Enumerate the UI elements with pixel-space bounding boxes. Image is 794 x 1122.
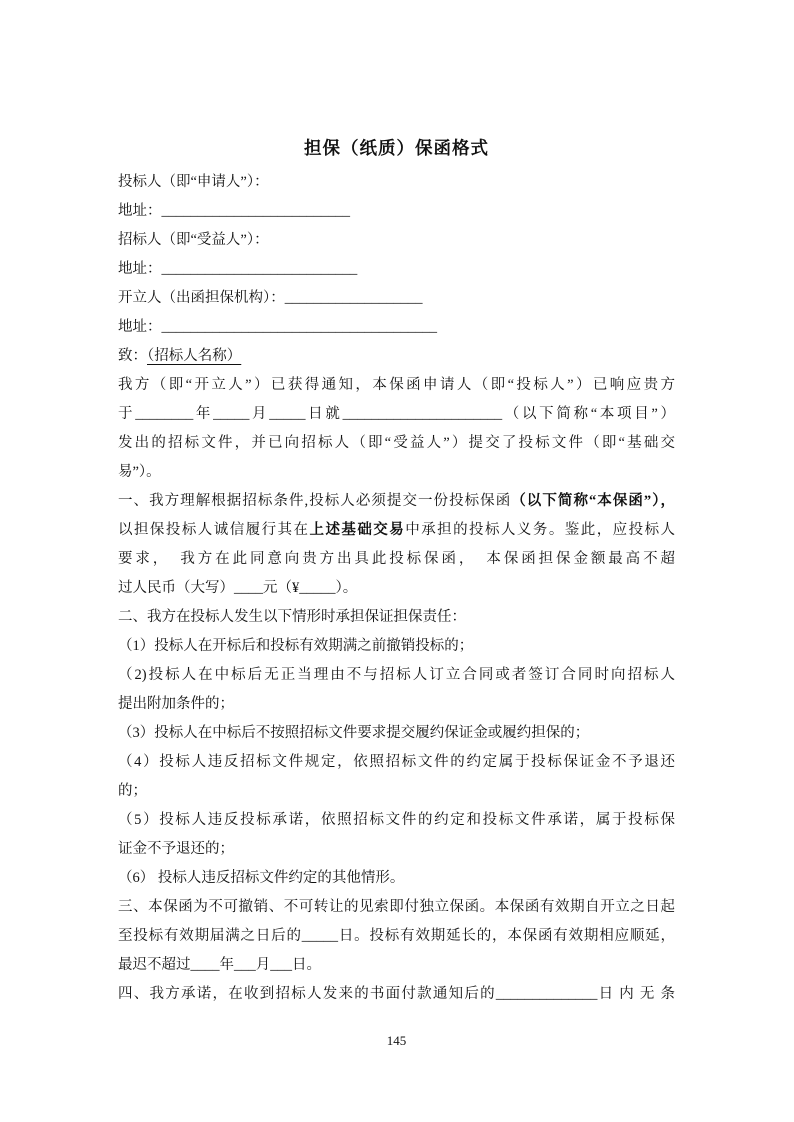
text-segment: 元（¥ bbox=[263, 580, 299, 596]
document-line: 易”）。 bbox=[118, 458, 675, 487]
text-segment: 过人民币（大写） bbox=[118, 580, 234, 596]
text-segment: ）。 bbox=[336, 580, 358, 596]
text-segment: 一、我方理解根据招标条件,投标人必须提交一份投标保函 bbox=[118, 493, 511, 509]
document-line: （6） 投标人违反招标文件约定的其他情形。 bbox=[118, 864, 675, 893]
document-line: 至投标有效期届满之日后的_____日。投标有效期延长的，本保函有效期相应顺延， bbox=[118, 922, 675, 951]
document-line: 发出的招标文件，并已向招标人（即“受益人”）提交了投标文件（即“基础交 bbox=[118, 429, 675, 458]
document-line: 二、我方在投标人发生以下情形时承担保证担保责任： bbox=[118, 603, 675, 632]
document-line: 的； bbox=[118, 777, 675, 806]
text-segment: 年 bbox=[193, 406, 213, 422]
text-segment: 地址： bbox=[118, 203, 162, 219]
text-segment: 证金不予退还的； bbox=[118, 841, 234, 857]
fill-in-blank: _____ bbox=[269, 406, 305, 422]
text-segment: 月 bbox=[249, 406, 269, 422]
text-segment: 致： bbox=[118, 348, 147, 364]
text-segment: 年 bbox=[220, 957, 235, 973]
fill-in-blank: ____ bbox=[234, 580, 263, 596]
fill-in-blank: ________ bbox=[135, 406, 193, 422]
text-segment: 日就 bbox=[305, 406, 342, 422]
document-line: 以担保投标人诚信履行其在上述基础交易中承担的投标人义务。鉴此，应投标人 bbox=[118, 516, 675, 545]
text-segment: 投标人（即“申请人”）： bbox=[118, 174, 269, 190]
text-segment: 中承担的投标人义务。鉴此，应投标人 bbox=[405, 522, 675, 538]
document-line: 提出附加条件的； bbox=[118, 690, 675, 719]
text-segment: 的； bbox=[118, 783, 147, 799]
text-segment: 日 内 无 条 bbox=[597, 986, 675, 1002]
text-segment: （3）投标人在中标后不按照招标文件要求提交履约保证金或履约担保的； bbox=[118, 725, 589, 741]
fill-in-blank: ___ bbox=[270, 957, 292, 973]
fill-in-blank: _____ bbox=[302, 928, 338, 944]
fill-in-blank: ___ bbox=[234, 957, 256, 973]
text-segment: 以担保投标人诚信履行其在 bbox=[118, 522, 309, 538]
fill-in-blank: ___________________________ bbox=[162, 261, 358, 277]
text-segment: 月 bbox=[256, 957, 271, 973]
text-segment: （以下简称“本保函”）， bbox=[511, 493, 675, 509]
text-segment: 二、我方在投标人发生以下情形时承担保证担保责任： bbox=[118, 609, 466, 625]
text-segment: 上述基础交易 bbox=[309, 522, 405, 538]
fill-in-blank: _____ bbox=[299, 580, 335, 596]
document-line: 最迟不超过____年___月___日。 bbox=[118, 951, 675, 980]
text-segment: 最迟不超过 bbox=[118, 957, 191, 973]
text-segment: 易”）。 bbox=[118, 464, 161, 480]
document-line: 过人民币（大写）____元（¥_____）。 bbox=[118, 574, 675, 603]
document-line: 一、我方理解根据招标条件,投标人必须提交一份投标保函（以下简称“本保函”）， bbox=[118, 487, 675, 516]
text-segment: 我方（即“开立人”）已获得通知，本保函申请人（即“投标人”）已响应贵方 bbox=[118, 377, 675, 393]
text-segment: （5）投标人违反投标承诺，依照招标文件的约定和投标文件承诺，属于投标保 bbox=[118, 812, 675, 828]
text-segment: 发出的招标文件，并已向招标人（即“受益人”）提交了投标文件（即“基础交 bbox=[118, 435, 675, 451]
text-segment: 招标人（即“受益人”）： bbox=[118, 232, 269, 248]
document-line: 四、我方承诺，在收到招标人发来的书面付款通知后的______________日 … bbox=[118, 980, 675, 1009]
document-line: 致：（招标人名称） bbox=[118, 342, 675, 371]
page-title: 担保（纸质）保函格式 bbox=[118, 137, 675, 160]
text-segment: 日。投标有效期延长的，本保函有效期相应顺延， bbox=[338, 928, 675, 944]
document-line: 投标人（即“申请人”）： bbox=[118, 168, 675, 197]
document-line: （4）投标人违反招标文件规定，依照招标文件的约定属于投标保证金不予退还 bbox=[118, 748, 675, 777]
document-line: （1）投标人在开标后和投标有效期满之前撤销投标的； bbox=[118, 632, 675, 661]
fill-in-blank: __________________________ bbox=[162, 203, 351, 219]
document-line: 三、本保函为不可撤销、不可转让的见索即付独立保函。本保函有效期自开立之日起 bbox=[118, 893, 675, 922]
document-line: 地址：_____________________________________… bbox=[118, 313, 675, 342]
fill-in-blank: ____ bbox=[191, 957, 220, 973]
document-line: 开立人（出函担保机构）：___________________ bbox=[118, 284, 675, 313]
document-line: 于________年_____月_____日就_________________… bbox=[118, 400, 675, 429]
underlined-text: （招标人名称） bbox=[147, 348, 241, 364]
text-segment: （6） 投标人违反招标文件约定的其他情形。 bbox=[118, 870, 404, 886]
text-segment: （2)投标人在中标后无正当理由不与招标人订立合同或者签订合同时向招标人 bbox=[118, 667, 675, 683]
fill-in-blank: ______________________ bbox=[343, 406, 503, 422]
text-segment: 地址： bbox=[118, 319, 162, 335]
text-segment: 四、我方承诺，在收到招标人发来的书面付款通知后的 bbox=[118, 986, 496, 1002]
text-segment: 地址： bbox=[118, 261, 162, 277]
text-segment: 要求， 我方在此同意向贵方出具此投标保函， 本保函担保金额最高不超 bbox=[118, 551, 675, 567]
text-segment: 于 bbox=[118, 406, 135, 422]
fill-in-blank: ______________________________________ bbox=[162, 319, 438, 335]
document-line: 地址：___________________________ bbox=[118, 255, 675, 284]
document-page: 担保（纸质）保函格式 投标人（即“申请人”）：地址：______________… bbox=[0, 0, 794, 1122]
text-segment: 至投标有效期届满之日后的 bbox=[118, 928, 302, 944]
text-segment: （1）投标人在开标后和投标有效期满之前撤销投标的； bbox=[118, 638, 473, 654]
text-segment: （以下简称“本项目”） bbox=[502, 406, 675, 422]
document-line: 地址：__________________________ bbox=[118, 197, 675, 226]
document-line: 招标人（即“受益人”）： bbox=[118, 226, 675, 255]
fill-in-blank: ______________ bbox=[496, 986, 598, 1002]
document-line: （5）投标人违反投标承诺，依照招标文件的约定和投标文件承诺，属于投标保 bbox=[118, 806, 675, 835]
text-segment: 开立人（出函担保机构）： bbox=[118, 290, 285, 306]
document-line: （2)投标人在中标后无正当理由不与招标人订立合同或者签订合同时向招标人 bbox=[118, 661, 675, 690]
text-segment: 提出附加条件的； bbox=[118, 696, 234, 712]
fill-in-blank: ___________________ bbox=[285, 290, 423, 306]
fill-in-blank: _____ bbox=[213, 406, 249, 422]
document-line: 我方（即“开立人”）已获得通知，本保函申请人（即“投标人”）已响应贵方 bbox=[118, 371, 675, 400]
page-number: 145 bbox=[118, 1033, 675, 1049]
text-segment: 三、本保函为不可撤销、不可转让的见索即付独立保函。本保函有效期自开立之日起 bbox=[118, 899, 675, 915]
text-segment: （4）投标人违反招标文件规定，依照招标文件的约定属于投标保证金不予退还 bbox=[118, 754, 675, 770]
document-body: 投标人（即“申请人”）：地址：_________________________… bbox=[118, 168, 675, 1009]
text-segment: 日。 bbox=[292, 957, 321, 973]
document-line: 证金不予退还的； bbox=[118, 835, 675, 864]
document-line: 要求， 我方在此同意向贵方出具此投标保函， 本保函担保金额最高不超 bbox=[118, 545, 675, 574]
document-line: （3）投标人在中标后不按照招标文件要求提交履约保证金或履约担保的； bbox=[118, 719, 675, 748]
